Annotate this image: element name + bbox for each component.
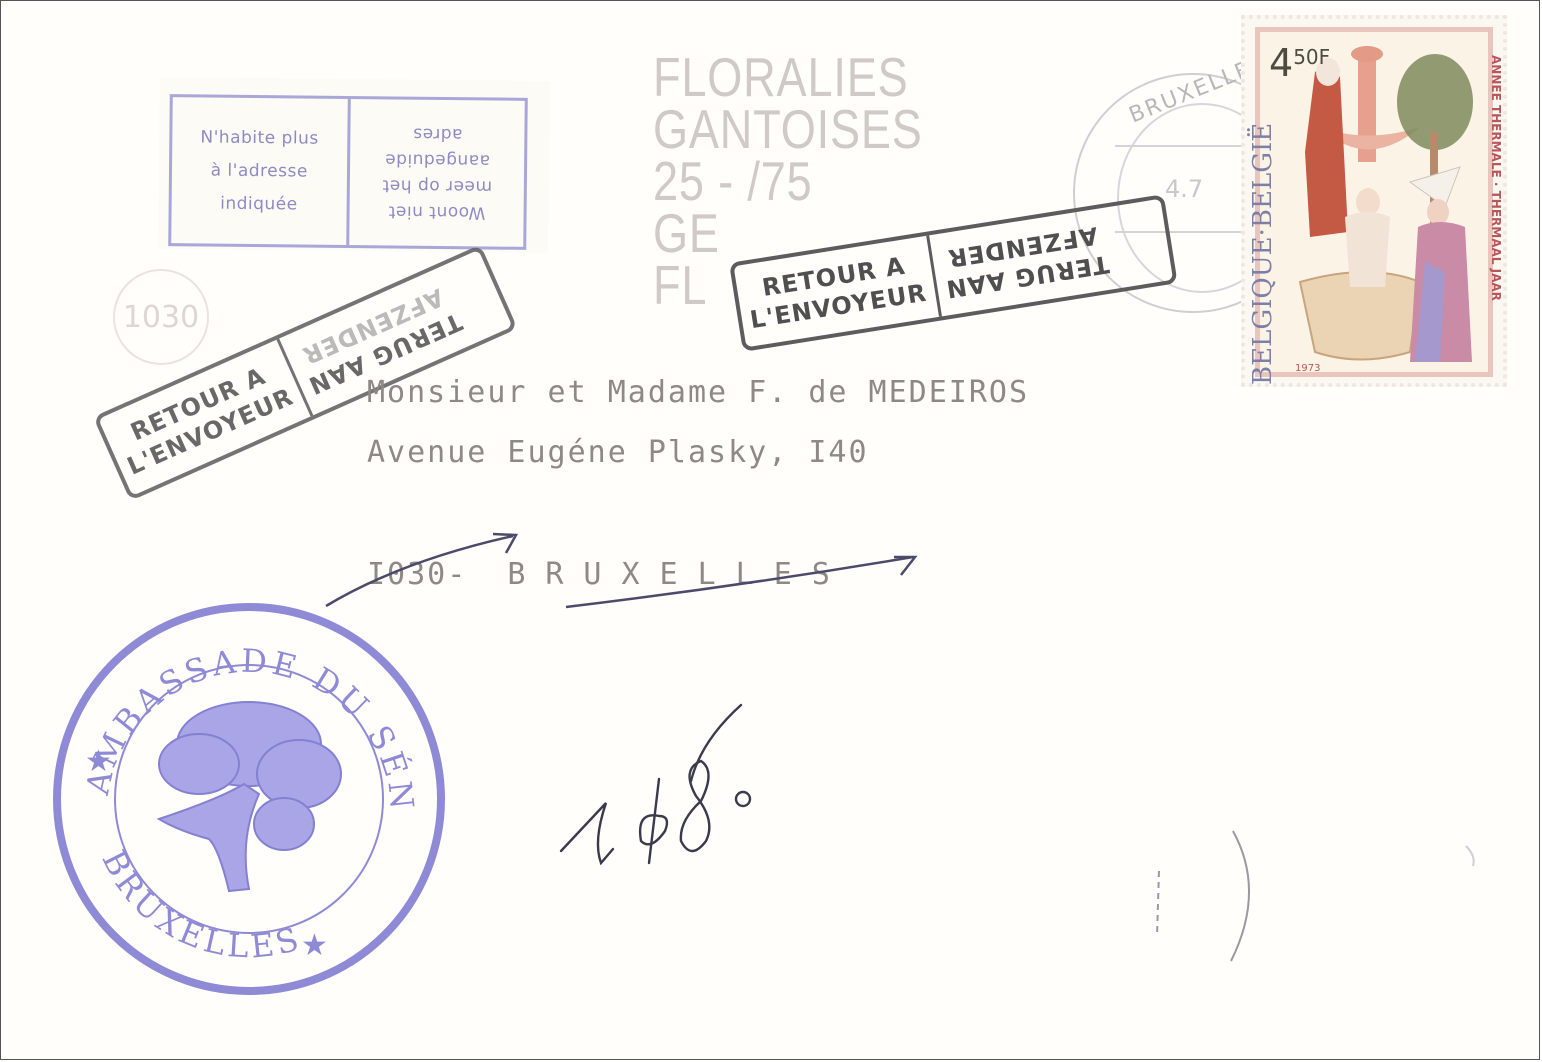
slogan-line: 25 - /75 xyxy=(653,155,907,207)
envelope: 1030 N'habite plus à l'adresse indiquée … xyxy=(0,0,1540,1060)
slogan-line: GANTOISES xyxy=(653,103,907,155)
address-line-recipient: Monsieur et Madame F. de MEDEIROS xyxy=(367,375,1029,410)
baobab-tree-icon xyxy=(159,702,341,891)
cachet-french: RETOUR A L'ENVOYEUR xyxy=(98,339,313,496)
label-line: adres xyxy=(382,120,492,147)
handwritten-note: 1480 xyxy=(541,691,781,881)
slogan-line: FLORALIES xyxy=(653,51,907,103)
label-line: indiquée xyxy=(200,187,319,221)
address-line-street: Avenue Eugéne Plasky, I40 xyxy=(367,435,869,470)
embassy-seal: AMBASSADE DU SÉNÉGAL BRUXELLES ★ ★ xyxy=(49,599,449,999)
svg-text:1480: 1480 xyxy=(541,691,544,692)
postage-stamp: 450F BELGIQUE·BELGIË ANNEE THERMALE · TH… xyxy=(1241,15,1507,387)
stamp-year: 1973 xyxy=(1295,363,1320,374)
postal-code: I030- xyxy=(367,557,467,592)
label-line: aangeduide xyxy=(382,146,492,173)
small-postmark: 1030 xyxy=(113,269,209,365)
faint-postmark-fragment xyxy=(1121,801,1521,981)
label-line: meer op het xyxy=(382,172,492,199)
star-icon: ★ xyxy=(301,928,328,963)
label-line: N'habite plus xyxy=(200,121,319,155)
star-icon: ★ xyxy=(85,744,112,779)
postmark-date: 4.7 xyxy=(1165,175,1203,203)
stamp-country: BELGIQUE·BELGIË xyxy=(1248,105,1278,385)
label-line: à l'adresse xyxy=(200,154,319,188)
city-name: BRUXELLES xyxy=(507,557,850,592)
address-line-city: I030-BRUXELLES xyxy=(367,557,850,592)
stamp-caption: ANNEE THERMALE · THERMAAL JAAR xyxy=(1489,55,1503,325)
label-line: Woont niet xyxy=(381,198,491,225)
moved-label: N'habite plus à l'adresse indiquée Woont… xyxy=(168,94,528,250)
label-french: N'habite plus à l'adresse indiquée xyxy=(171,97,350,245)
stamp-value: 450F xyxy=(1269,41,1330,85)
label-dutch: Woont niet meer op het aangeduide adres xyxy=(349,99,525,247)
cachet-dutch: TERUG AAN AFZENDER xyxy=(929,207,1121,316)
